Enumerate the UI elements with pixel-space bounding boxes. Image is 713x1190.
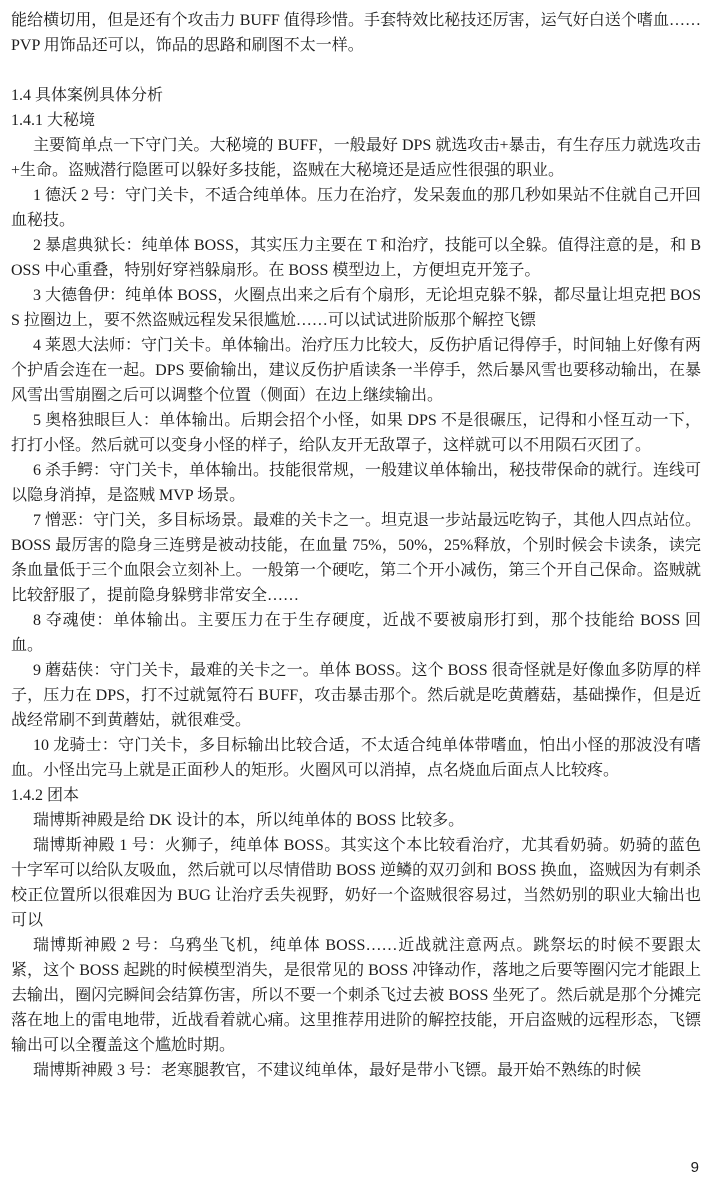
paragraph: 主要简单点一下守门关。大秘境的 BUFF，一般最好 DPS 就选攻击+暴击，有生…: [11, 133, 701, 183]
paragraph: 5 奥格独眼巨人：单体输出。后期会招个小怪，如果 DPS 不是很碾压，记得和小怪…: [11, 408, 701, 458]
paragraph: 10 龙骑士：守门关卡，多目标输出比较合适，不太适合纯单体带嗜血，怕出小怪的那波…: [11, 733, 701, 783]
page-number: 9: [691, 1158, 699, 1178]
paragraph: 8 夺魂使：单体输出。主要压力在于生存硬度，近战不要被扇形打到，那个技能给 BO…: [11, 608, 701, 658]
paragraph: 1 德沃 2 号：守门关卡，不适合纯单体。压力在治疗，发呆轰血的那几秒如果站不住…: [11, 183, 701, 233]
paragraph: 2 暴虐典狱长：纯单体 BOSS，其实压力主要在 T 和治疗，技能可以全躲。值得…: [11, 233, 701, 283]
paragraph: 4 莱恩大法师：守门关卡。单体输出。治疗压力比较大，反伤护盾记得停手，时间轴上好…: [11, 333, 701, 408]
paragraph: 6 杀手鳄：守门关卡，单体输出。技能很常规，一般建议单体输出，秘技带保命的就行。…: [11, 458, 701, 508]
document-page: 能给横切用，但是还有个攻击力 BUFF 值得珍惜。手套特效比秘技还厉害，运气好白…: [0, 0, 713, 1190]
paragraph: 瑞博斯神殿是给 DK 设计的本，所以纯单体的 BOSS 比较多。: [11, 808, 701, 833]
paragraph: 瑞博斯神殿 1 号：火狮子，纯单体 BOSS。其实这个本比较看治疗，尤其看奶骑。…: [11, 833, 701, 933]
blank-line: [11, 58, 701, 83]
continuation-paragraph: 能给横切用，但是还有个攻击力 BUFF 值得珍惜。手套特效比秘技还厉害，运气好白…: [11, 8, 701, 58]
paragraph: 7 憎恶：守门关，多目标场景。最难的关卡之一。坦克退一步站最远吃钩子，其他人四点…: [11, 508, 701, 608]
section-heading: 1.4 具体案例具体分析: [11, 83, 701, 108]
paragraph: 瑞博斯神殿 3 号：老寒腿教官，不建议纯单体，最好是带小飞镖。最开始不熟练的时候: [11, 1058, 701, 1083]
section-heading: 1.4.2 团本: [11, 783, 701, 808]
paragraph: 3 大德鲁伊：纯单体 BOSS，火圈点出来之后有个扇形，无论坦克躲不躲，都尽量让…: [11, 283, 701, 333]
document-body: 能给横切用，但是还有个攻击力 BUFF 值得珍惜。手套特效比秘技还厉害，运气好白…: [11, 8, 701, 1083]
paragraph: 瑞博斯神殿 2 号：乌鸦坐飞机，纯单体 BOSS……近战就注意两点。跳祭坛的时候…: [11, 933, 701, 1058]
section-heading: 1.4.1 大秘境: [11, 108, 701, 133]
paragraph: 9 蘑菇侠：守门关卡，最难的关卡之一。单体 BOSS。这个 BOSS 很奇怪就是…: [11, 658, 701, 733]
